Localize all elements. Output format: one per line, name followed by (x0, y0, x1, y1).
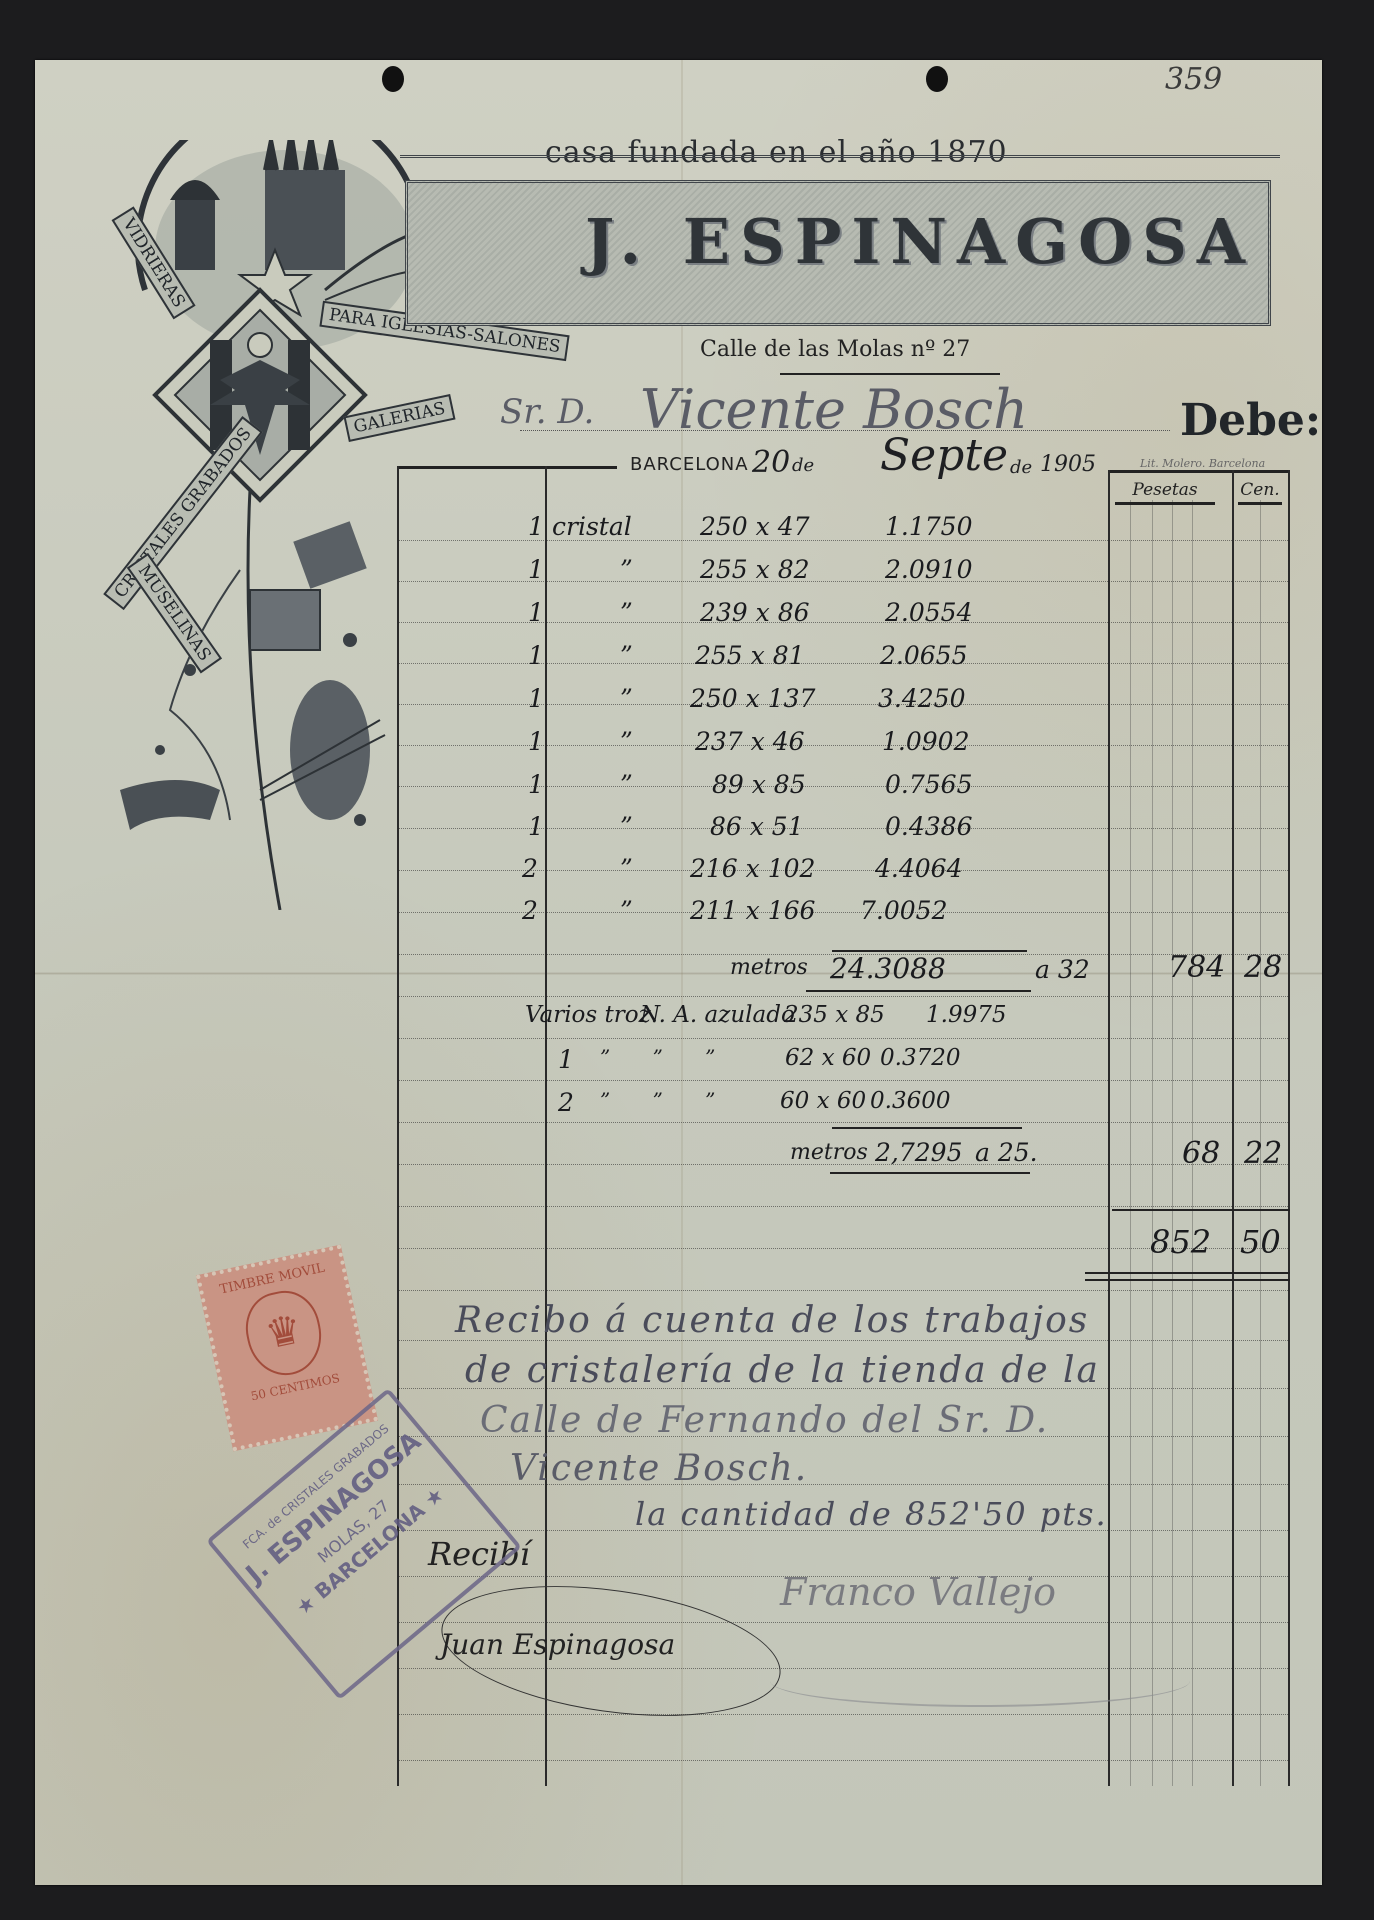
line-item-7-desc: ” (620, 770, 633, 799)
line-item-1-area: 1.1750 (885, 512, 972, 541)
subtotal-2-metres: 2,7295 (875, 1138, 962, 1167)
line-item-4-qty: 1 (528, 641, 544, 670)
line-item-2-1-qty: Varios troz. (525, 1002, 658, 1028)
line-item-9-dims: 216 x 102 (690, 854, 815, 883)
subtotal-2-centimos: 22 (1244, 1136, 1282, 1171)
column-header-centimos: Cen. (1238, 480, 1282, 505)
amount-header-rule (1108, 470, 1290, 473)
printer-credit: Lit. Molero. Barcelona (1140, 457, 1265, 470)
line-item-2-dims: 255 x 82 (700, 555, 810, 584)
line-item-10-dims: 211 x 166 (690, 896, 815, 925)
line-item-9-qty: 2 (522, 854, 538, 883)
line-item-10-qty: 2 (522, 896, 538, 925)
total-centimos: 50 (1240, 1223, 1281, 1261)
date-year: 1905 (1040, 452, 1096, 477)
signature-right: Franco Vallejo (780, 1570, 1056, 1614)
line-item-10-desc: ” (620, 896, 633, 925)
line-item-1-desc: cristal (552, 512, 632, 541)
ruled-line (398, 1122, 1288, 1123)
subtotal-1-label: metros (730, 955, 808, 980)
signature-right-flourish (770, 1655, 1190, 1707)
line-item-1-dims: 250 x 47 (700, 512, 810, 541)
receipt-line-5: la cantidad de 852'50 pts. (635, 1495, 1108, 1533)
line-item-2-2-qty: 1 (558, 1045, 574, 1074)
line-item-6-desc: ” (620, 727, 633, 756)
ruled-line (398, 1038, 1288, 1039)
total-double-rule-1 (1085, 1272, 1290, 1274)
addressee-line (520, 430, 1170, 431)
column-header-pesetas: Pesetas (1115, 480, 1215, 505)
line-item-2-3-dims: 60 x 60 (780, 1088, 866, 1114)
line-item-2-1-desc: N. A. azulado (640, 1002, 795, 1028)
subtotal-2-pesetas: 68 (1182, 1136, 1220, 1171)
total-pesetas: 852 (1150, 1223, 1211, 1261)
line-item-2-1-area: 1.9975 (926, 1002, 1006, 1028)
line-item-2-2-dims: 62 x 60 (785, 1045, 871, 1071)
address-rule (780, 373, 1000, 375)
date-de: de (792, 455, 814, 476)
ruled-line (398, 1290, 1288, 1291)
line-item-2-area: 2.0910 (885, 555, 972, 584)
pesetas-subcol (1172, 500, 1173, 1786)
line-item-8-dims: 86 x 51 (710, 812, 804, 841)
debe-label: Debe: (1180, 395, 1321, 446)
ruled-line (398, 996, 1288, 997)
subtotal-2-rate: a 25. (975, 1138, 1038, 1167)
line-item-2-3-desc: ” ” ” (600, 1088, 733, 1112)
line-item-2-desc: ” (620, 555, 633, 584)
line-item-9-desc: ” (620, 854, 633, 883)
line-item-6-qty: 1 (528, 727, 544, 756)
ruled-line (398, 1080, 1288, 1081)
company-name: J. ESPINAGOSA (585, 205, 1255, 278)
receipt-line-3: Calle de Fernando del Sr. D. (480, 1400, 1049, 1441)
line-item-7-area: 0.7565 (885, 770, 972, 799)
total-rule (1112, 1209, 1290, 1211)
ruled-line (398, 1714, 1288, 1715)
line-item-10-area: 7.0052 (860, 896, 947, 925)
line-item-9-area: 4.4064 (875, 854, 962, 883)
ruled-line (398, 1760, 1288, 1761)
line-item-7-dims: 89 x 85 (712, 770, 806, 799)
fold-crease (35, 972, 1322, 975)
date-rule-left (397, 466, 617, 469)
pesetas-column-left (1108, 470, 1110, 1786)
centimos-column-left (1232, 470, 1234, 1786)
line-item-5-area: 3.4250 (878, 684, 965, 713)
founded-line: casa fundada en el año 1870 (545, 135, 1008, 170)
punch-hole (926, 66, 948, 92)
date-city: BARCELONA (630, 454, 749, 475)
receipt-line-2: de cristalería de la tienda de la (465, 1350, 1100, 1391)
addressee-prefix: Sr. D. (500, 392, 594, 432)
line-item-5-desc: ” (620, 684, 633, 713)
line-item-7-qty: 1 (528, 770, 544, 799)
line-item-3-area: 2.0554 (885, 598, 972, 627)
date-de-2: de (1010, 457, 1032, 478)
line-item-2-1-dims: 235 x 85 (784, 1002, 885, 1028)
company-address: Calle de las Molas nº 27 (700, 337, 970, 362)
line-item-2-2-desc: ” ” ” (600, 1045, 733, 1069)
line-item-8-qty: 1 (528, 812, 544, 841)
table-right-border (1288, 470, 1290, 1786)
line-item-3-desc: ” (620, 598, 633, 627)
pesetas-subcol (1152, 500, 1153, 1786)
line-item-2-2-area: 0.3720 (880, 1045, 960, 1071)
subtotal-2-rule (832, 1127, 1022, 1129)
line-item-3-qty: 1 (528, 598, 544, 627)
line-item-6-area: 1.0902 (882, 727, 969, 756)
line-item-8-desc: ” (620, 812, 633, 841)
line-item-4-desc: ” (620, 641, 633, 670)
line-item-5-dims: 250 x 137 (690, 684, 815, 713)
subtotal-1-underline (806, 990, 1031, 992)
receipt-line-1: Recibo á cuenta de los trabajos (455, 1300, 1089, 1341)
archive-number: 359 (1165, 62, 1222, 97)
punch-hole (382, 66, 404, 92)
subtotal-1-metres: 24.3088 (830, 952, 946, 985)
line-item-8-area: 0.4386 (885, 812, 972, 841)
line-item-4-area: 2.0655 (880, 641, 967, 670)
line-item-1: 1 (528, 512, 544, 541)
line-item-4-dims: 255 x 81 (695, 641, 805, 670)
banner-top-rule (400, 155, 1280, 162)
line-item-3-dims: 239 x 86 (700, 598, 810, 627)
total-double-rule-2 (1085, 1279, 1290, 1281)
line-item-2-3-area: 0.3600 (870, 1088, 950, 1114)
subtotal-1-rate: a 32 (1035, 955, 1090, 984)
coat-of-arms-icon: ♛ (239, 1285, 329, 1383)
subtotal-1-centimos: 28 (1244, 950, 1282, 985)
date-day: 20 (752, 445, 790, 480)
line-item-2-3-qty: 2 (558, 1088, 574, 1117)
receipt-line-4: Vicente Bosch. (510, 1448, 808, 1489)
signature-left: Juan Espinagosa (440, 1628, 675, 1661)
pesetas-subcol (1130, 500, 1131, 1786)
line-item-5-qty: 1 (528, 684, 544, 713)
line-item-6-dims: 237 x 46 (695, 727, 805, 756)
subtotal-1-pesetas: 784 (1168, 950, 1225, 985)
subtotal-2-label: metros (790, 1140, 868, 1165)
subtotal-2-underline (830, 1172, 1030, 1174)
ruled-line (398, 1206, 1288, 1207)
line-item-2-qty: 1 (528, 555, 544, 584)
date-month: Septe (880, 430, 1008, 481)
